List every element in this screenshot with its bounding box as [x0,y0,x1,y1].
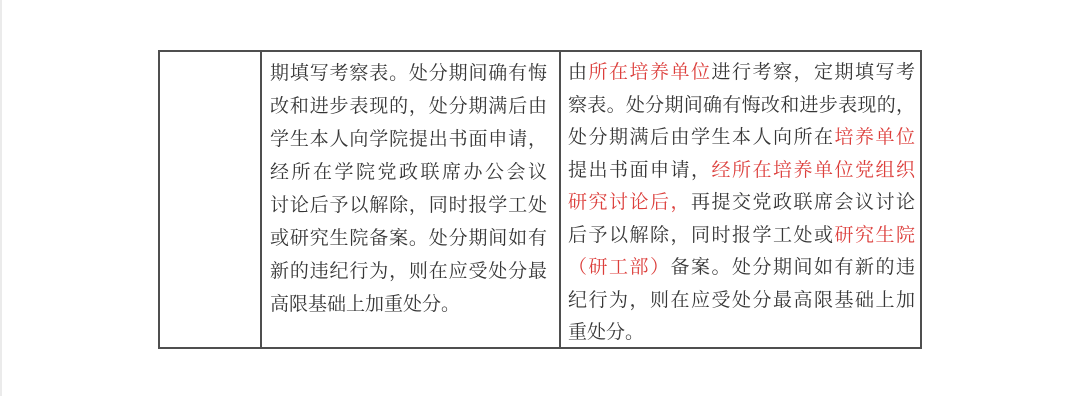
text-segment: 学生本人向学院提出书面申请， [270,129,547,150]
text-line: 后予以解除，同时报学工处或研究生院 [568,220,915,253]
text-segment: 高限基础上加重处分。 [270,294,460,315]
revised-text-segment: 研究讨论后， [568,192,691,213]
document-page: 期填写考察表。处分期间确有悔改和进步表现的，处分期满后由学生本人向学院提出书面申… [0,0,1080,396]
revised-text-segment: 经所在培养单位党组织 [712,160,915,181]
text-segment: 处分期满后由学生本人向所在 [568,127,834,148]
text-line: 改和进步表现的，处分期满后由 [270,90,547,123]
text-line: 新的违纪行为，则在应受处分最 [270,255,547,288]
text-segment: 期填写考察表。处分期间确有悔 [270,63,547,84]
text-segment: 或研究生院备案。处分期间如有 [270,228,547,249]
revised-text-segment: 所在培养单位 [589,62,712,83]
text-line: 期填写考察表。处分期间确有悔 [270,57,547,90]
text-line: 高限基础上加重处分。 [270,288,547,321]
text-line: 讨论后予以解除，同时报学工处 [270,189,547,222]
text-segment: 备案。处分期间如有新的违 [671,257,915,278]
text-line: 处分期满后由学生本人向所在培养单位 [568,122,915,155]
text-segment: 提出书面申请， [568,160,712,181]
table-cell-revised-text: 由所在培养单位进行考察，定期填写考察表。处分期间确有悔改和进步表现的，处分期满后… [559,52,920,347]
text-segment: 后予以解除，同时报学工处或 [568,225,834,246]
text-line: 察表。处分期间确有悔改和进步表现的， [568,90,915,123]
text-line: 研究讨论后，再提交党政联席会议讨论 [568,187,915,220]
text-segment: 经所在学院党政联席办公会议 [270,162,547,183]
text-line: 由所在培养单位进行考察，定期填写考 [568,57,915,90]
text-line: 提出书面申请，经所在培养单位党组织 [568,155,915,188]
text-segment: 改和进步表现的，处分期满后由 [270,96,547,117]
text-line: 经所在学院党政联席办公会议 [270,156,547,189]
text-line: 学生本人向学院提出书面申请， [270,123,547,156]
revision-comparison-table: 期填写考察表。处分期间确有悔改和进步表现的，处分期满后由学生本人向学院提出书面申… [158,50,922,349]
text-segment: 新的违纪行为，则在应受处分最 [270,261,547,282]
text-segment: 纪行为，则在应受处分最高限基础上加 [568,290,915,311]
text-segment: 由 [568,62,589,83]
text-line: 或研究生院备案。处分期间如有 [270,222,547,255]
table-cell-original-text: 期填写考察表。处分期间确有悔改和进步表现的，处分期满后由学生本人向学院提出书面申… [260,52,559,347]
revised-text-segment: （研工部） [568,257,671,278]
text-line: （研工部）备案。处分期间如有新的违 [568,252,915,285]
revised-text-segment: 研究生院 [834,225,915,246]
text-line: 纪行为，则在应受处分最高限基础上加 [568,285,915,318]
text-segment: 讨论后予以解除，同时报学工处 [270,195,547,216]
text-segment: 进行考察，定期填写考 [711,62,914,83]
table-cell-label [160,52,260,347]
text-line: 重处分。 [568,317,915,347]
page-edge [0,0,2,396]
text-segment: 察表。处分期间确有悔改和进步表现的， [568,95,915,116]
text-segment: 重处分。 [568,322,644,343]
text-segment: 再提交党政联席会议讨论 [691,192,915,213]
revised-text-segment: 培养单位 [834,127,915,148]
